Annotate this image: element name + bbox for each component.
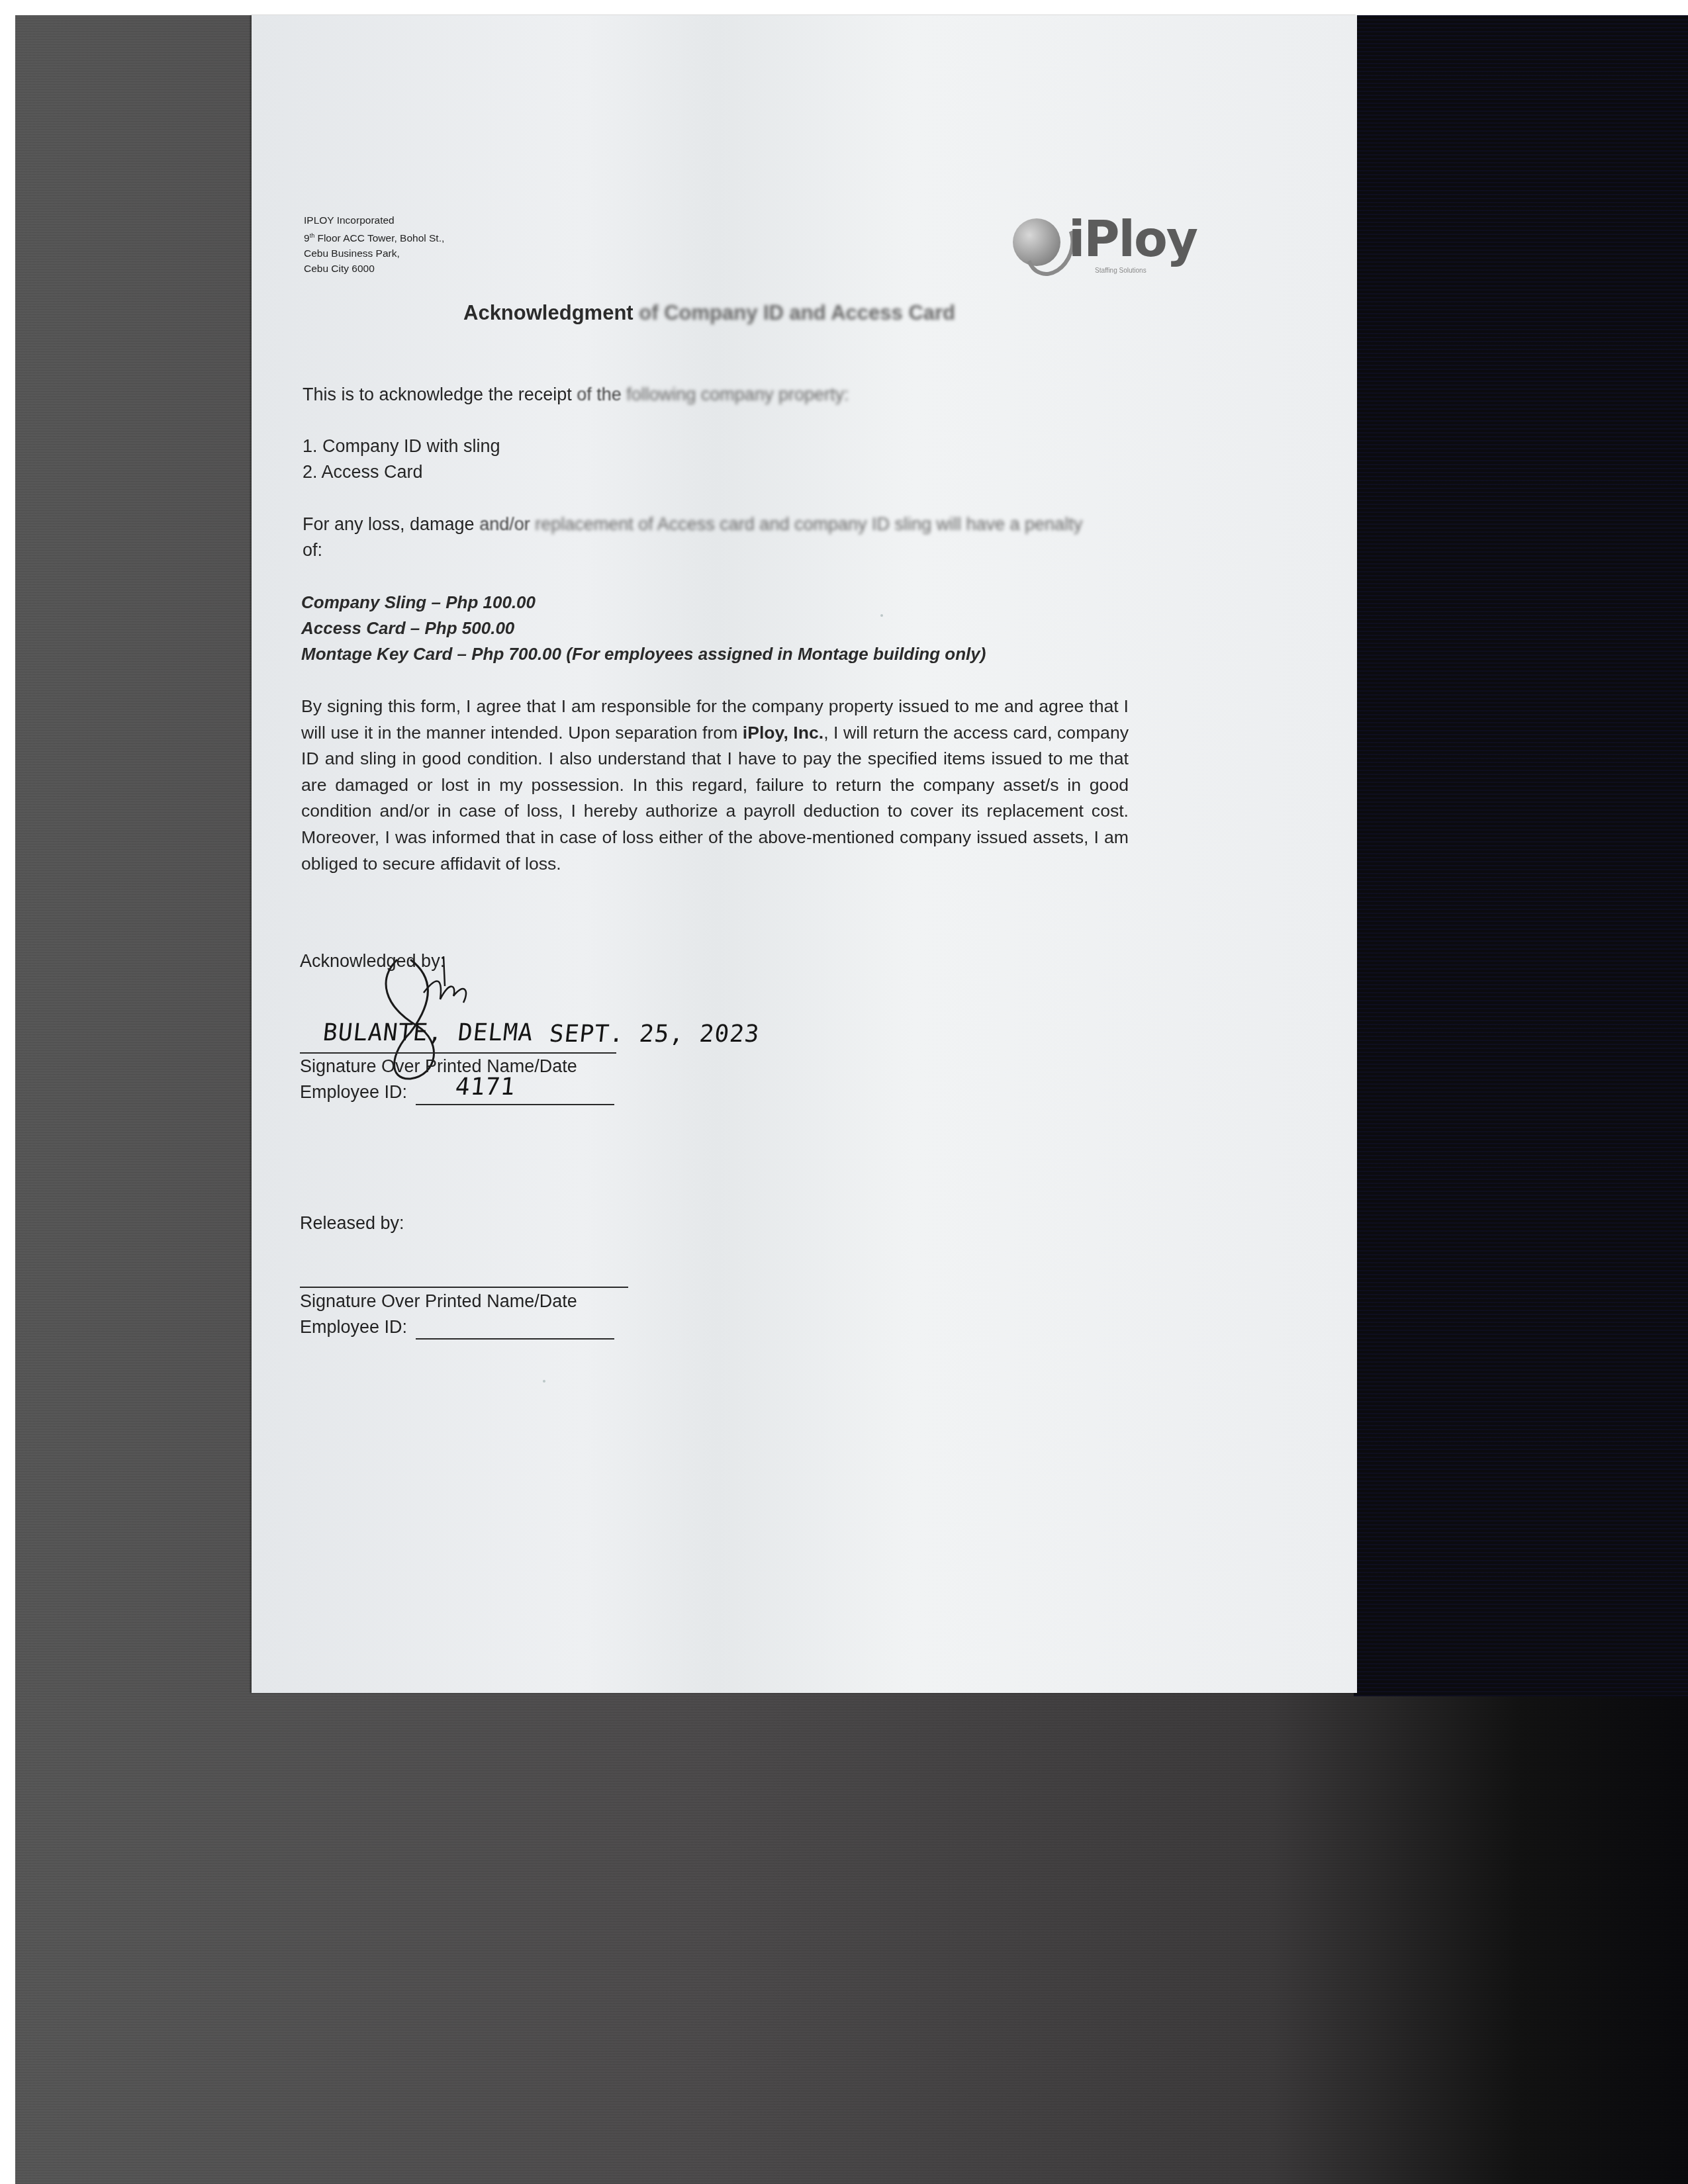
released-by-label: Released by:: [300, 1213, 404, 1234]
scan-speck: [880, 614, 883, 617]
release-signature-caption: Signature Over Printed Name/Date: [300, 1291, 577, 1312]
address-line-3: Cebu City 6000: [304, 261, 444, 277]
sender-address: IPLOY Incorporated 9th Floor ACC Tower, …: [304, 213, 444, 277]
penalty-row: Access Card – Php 500.00: [301, 615, 986, 641]
company-name: IPLOY Incorporated: [304, 213, 444, 228]
penalty-list: Company Sling – Php 100.00 Access Card –…: [301, 590, 986, 667]
penalty-intro-paragraph: For any loss, damage and/or replacement …: [303, 512, 1130, 563]
list-item: 2. Access Card: [303, 459, 500, 485]
release-employee-id-label: Employee ID:: [300, 1317, 407, 1338]
handwritten-printed-name: BULANTE, DELMA: [322, 1019, 535, 1046]
redacted-penalty-text: replacement of Access card and company I…: [535, 514, 1082, 534]
redacted-intro-text: following company property:: [626, 385, 849, 404]
items-list: 1. Company ID with sling 2. Access Card: [303, 433, 500, 485]
handwritten-date: SEPT. 25, 2023: [548, 1021, 761, 1048]
address-line-2: Cebu Business Park,: [304, 246, 444, 261]
employee-id-label: Employee ID:: [300, 1082, 407, 1103]
intro-paragraph: This is to acknowledge the receipt of th…: [303, 382, 849, 408]
document-title: Acknowledgment of Company ID and Access …: [463, 301, 955, 325]
signature-line: [300, 1052, 616, 1054]
redacted-title-text: of Company ID and Access Card: [639, 301, 955, 324]
logo-tagline: Staffing Solutions: [1095, 267, 1147, 275]
address-line-1: 9th Floor ACC Tower, Bohol St.,: [304, 228, 444, 246]
signature-caption: Signature Over Printed Name/Date: [300, 1056, 577, 1077]
penalty-row: Company Sling – Php 100.00: [301, 590, 986, 615]
release-employee-id-line: [416, 1338, 614, 1340]
penalty-row: Montage Key Card – Php 700.00 (For emplo…: [301, 641, 986, 667]
scan-speck: [543, 1380, 545, 1383]
agreement-paragraph: By signing this form, I agree that I am …: [301, 694, 1129, 877]
logo-wordmark: iPloy: [1068, 213, 1197, 266]
release-signature-line: [300, 1287, 628, 1288]
list-item: 1. Company ID with sling: [303, 433, 500, 459]
company-logo: iPloy Staffing Solutions: [1013, 213, 1185, 279]
handwritten-employee-id: 4171: [454, 1073, 517, 1101]
employee-id-line: [416, 1104, 614, 1105]
company-name-bold: iPloy, Inc.: [743, 723, 823, 743]
scanner-dark-edge: [1354, 15, 1688, 1696]
